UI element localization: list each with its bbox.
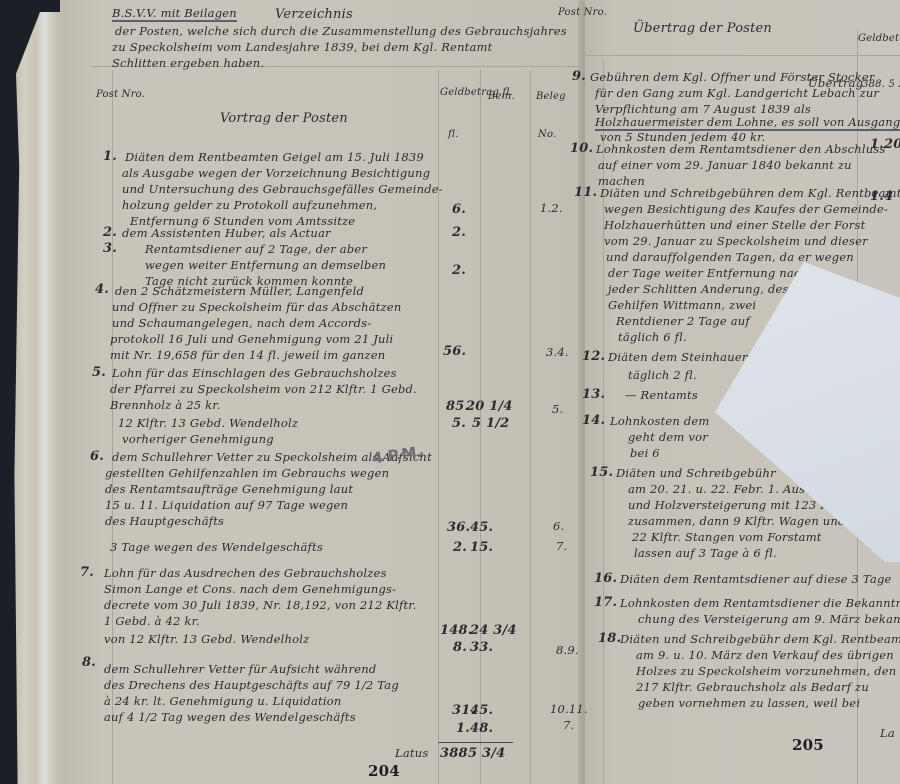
entry-line: und Untersuchung des Gebrauchsgefälles G… bbox=[122, 184, 443, 196]
entry-line: Diäten und Schreibgebühr dem Kgl. Rentbe… bbox=[620, 634, 900, 646]
unit-fl: fl. bbox=[448, 130, 459, 140]
entry-amount-fl: 148. bbox=[440, 624, 472, 637]
entry-line: 3 Tage wegen des Wendelgeschäfts bbox=[110, 542, 323, 554]
entry-no: 6. bbox=[90, 450, 104, 463]
entry-line: Gehilfen Wittmann, zwei bbox=[608, 300, 756, 312]
entry-no: 5. bbox=[92, 366, 106, 379]
entry-line: mit Nr. 19,658 für den 14 fl. jeweil im … bbox=[110, 350, 385, 362]
entry-line: wegen Besichtigung des Kaufes der Gemein… bbox=[604, 204, 888, 216]
entry-line: à 24 kr. lt. Genehmigung u. Liquidation bbox=[104, 696, 341, 708]
entry-line: 12 Klftr. 13 Gebd. Wendelholz bbox=[118, 418, 298, 430]
entry-amount-kr: 20 1/4 bbox=[466, 400, 513, 413]
entry-amount-kr: 48. bbox=[470, 722, 493, 735]
page-number-right: 205 bbox=[792, 738, 824, 753]
entry-no: 3. bbox=[103, 242, 117, 255]
entry-line: Diäten und Schreibgebühr bbox=[616, 468, 776, 480]
entry-amount-fl: 2. bbox=[452, 264, 466, 277]
entry-line: der Pfarrei zu Speckolsheim von 212 Klft… bbox=[110, 384, 417, 396]
entry-line: Lohnkosten dem Rentamtsdiener die Bekann… bbox=[620, 598, 900, 610]
entry-line: und Offner zu Speckolsheim für das Absch… bbox=[112, 302, 401, 314]
entry-no: 12. bbox=[582, 350, 605, 363]
entry-line: der Tage weiter Entfernung nach bbox=[608, 268, 808, 280]
entry-line: Lohn für das Ausdrechen des Gebrauchshol… bbox=[104, 568, 387, 580]
entry-line: des Hauptgeschäfts bbox=[105, 516, 224, 528]
entry-line: den 2 Schätzmeistern Müller, Langenfeld bbox=[115, 286, 364, 298]
page-number-left: 204 bbox=[368, 764, 400, 779]
entry-line: Brennholz à 25 kr. bbox=[110, 400, 221, 412]
column-header-post-no-top: Post Nro. bbox=[558, 8, 607, 18]
total-label: Latus bbox=[395, 748, 428, 760]
entry-line: geben vornehmen zu lassen, weil bei bbox=[638, 698, 860, 710]
column-header-amount-right: Geldbetrag bbox=[858, 34, 900, 44]
entry-beleg: 7. bbox=[556, 541, 567, 553]
entry-line: täglich 6 fl. bbox=[618, 332, 687, 344]
entry-line: Lohnkosten dem bbox=[610, 416, 710, 428]
entry-amount-fl: 5. bbox=[452, 417, 466, 430]
entry-no: 11. bbox=[574, 186, 597, 199]
entry-no: 10. bbox=[570, 142, 593, 155]
entry-no: 2. bbox=[103, 226, 117, 239]
entry-line: Holzhauerhütten und einer Stelle der For… bbox=[604, 220, 865, 232]
column-rule-postno bbox=[112, 70, 113, 784]
entry-no: 18. bbox=[598, 632, 621, 645]
entry-line: dem Schullehrer Vetter für Aufsicht währ… bbox=[104, 664, 376, 676]
entry-line: Rentdiener 2 Tage auf bbox=[616, 316, 750, 328]
entry-beleg: 1.2. bbox=[540, 203, 563, 215]
entry-amount-kr: 33. bbox=[470, 641, 493, 654]
entry-line: zusammen, dann 9 Klftr. Wagen und bbox=[628, 516, 846, 528]
column-header-post-no: Post Nro. bbox=[96, 90, 145, 100]
entry-no: 14. bbox=[582, 414, 605, 427]
entry-line: des Rentamtsaufträge Genehmigung laut bbox=[105, 484, 353, 496]
entry-line: Diäten dem Rentamtsdiener auf diese 3 Ta… bbox=[620, 574, 892, 586]
total-kr: 5 3/4 bbox=[468, 747, 505, 760]
total-rule bbox=[438, 742, 513, 743]
entry-line: Holzhauermeister dem Lohne, es soll von … bbox=[595, 117, 900, 131]
entry-line: des Drechens des Hauptgeschäfts auf 79 1… bbox=[104, 680, 399, 692]
preamble-line-1: der Posten, welche sich durch die Zusamm… bbox=[115, 26, 567, 38]
entry-no: 7. bbox=[80, 566, 94, 579]
entry-line: dem Assistenten Huber, als Actuar bbox=[122, 228, 331, 240]
entry-no: 8. bbox=[82, 656, 96, 669]
entry-line: 1 Gebd. à 42 kr. bbox=[104, 616, 200, 628]
entry-line: wegen weiter Entfernung an demselben bbox=[145, 260, 386, 272]
entry-amount-kr: 45. bbox=[470, 521, 493, 534]
entry-line: Verpflichtung am 7 August 1839 als bbox=[595, 104, 811, 116]
entry-line: holzung gelder zu Protokoll aufzunehmen, bbox=[122, 200, 377, 212]
entry-line: Diäten und Schreibgebühren dem Kgl. Rent… bbox=[600, 188, 900, 200]
entry-line: von 12 Klftr. 13 Gebd. Wendelholz bbox=[104, 634, 309, 646]
header-rule-right bbox=[585, 55, 900, 56]
entry-line: Rentamtsdiener auf 2 Tage, der aber bbox=[145, 244, 367, 256]
entry-line: vorheriger Genehmigung bbox=[122, 434, 274, 446]
entry-line: Diäten dem Rentbeamten Geigel am 15. Jul… bbox=[125, 152, 424, 164]
heading-title-right: Übertrag der Posten bbox=[633, 22, 772, 35]
entry-no: 4. bbox=[95, 283, 109, 296]
partial-text-bottom-right: La bbox=[880, 728, 895, 740]
entry-amount-kr: 45. bbox=[470, 704, 493, 717]
entry-amount-fl: 1. bbox=[456, 722, 470, 735]
entry-no: 15. bbox=[590, 466, 613, 479]
entry-line: für den Gang zum Kgl. Landgericht Lebach… bbox=[595, 88, 879, 100]
entry-amount-fl: 8. bbox=[453, 641, 467, 654]
column-header-remarks: Bem. bbox=[488, 92, 515, 102]
entry-line: 22 Klftr. Stangen vom Forstamt bbox=[632, 532, 822, 544]
entry-line: 217 Klftr. Gebrauchsholz als Bedarf zu bbox=[636, 682, 869, 694]
entry-line: — Rentamts bbox=[625, 390, 698, 402]
entry-no: 13. bbox=[582, 388, 605, 401]
column-header-beleg: Beleg bbox=[536, 92, 566, 102]
entry-line: Gebühren dem Kgl. Offner und Förster Sto… bbox=[590, 72, 875, 84]
entry-amount-kr: 5 1/2 bbox=[472, 417, 509, 430]
entry-line: am 20. 21. u. 22. Febr. 1. Aus bbox=[628, 484, 805, 496]
entry-beleg: 6. bbox=[553, 521, 564, 533]
entry-line: Diäten dem Steinhauer bbox=[608, 352, 748, 364]
column-rule-amount-left bbox=[438, 70, 439, 784]
entry-line: decrete vom 30 Juli 1839, Nr. 18,192, vo… bbox=[104, 600, 417, 612]
entry-line: Holzes zu Speckolsheim vorzunehmen, den bbox=[636, 666, 896, 678]
entry-line: lassen auf 3 Tage à 6 fl. bbox=[634, 548, 777, 560]
entry-amount-fl: 56. bbox=[443, 345, 466, 358]
entry-no: 16. bbox=[594, 572, 617, 585]
entry-amount-kr: 15. bbox=[470, 541, 493, 554]
column-header-description: Vortrag der Posten bbox=[220, 112, 348, 125]
entry-line: bei 6 bbox=[630, 448, 660, 460]
preamble-line-2: zu Speckolsheim vom Landesjahre 1839, be… bbox=[112, 42, 493, 54]
column-rule-beleg bbox=[530, 70, 531, 784]
entry-line: und Schaumangelegen, nach dem Accords- bbox=[112, 318, 371, 330]
entry-no: 1. bbox=[103, 150, 117, 163]
entry-line: 15 u. 11. Liquidation auf 97 Tage wegen bbox=[105, 500, 348, 512]
entry-line: protokoll 16 Juli und Genehmigung vom 21… bbox=[110, 334, 393, 346]
entry-line: chung des Versteigerung am 9. März bekan… bbox=[638, 614, 900, 626]
entry-amount-kr: 24 3/4 bbox=[470, 624, 517, 637]
entry-line: auf einer vom 29. Januar 1840 bekannt zu bbox=[598, 160, 852, 172]
preamble-line-3: Schlitten ergeben haben. bbox=[112, 58, 264, 70]
entry-beleg: 3.4. bbox=[546, 347, 569, 359]
entry-no: 9. bbox=[572, 70, 586, 83]
entry-line: Lohnkosten dem Rentamtsdiener den Abschl… bbox=[596, 144, 886, 156]
entry-beleg: 10.11. bbox=[550, 704, 588, 716]
entry-amount-fl: 6. bbox=[452, 203, 466, 216]
entry-beleg: 7. bbox=[563, 720, 574, 732]
heading-top-left: B.S.V.V. mit Beilagen bbox=[112, 8, 237, 22]
entry-line: auf 4 1/2 Tag wegen des Wendelgeschäfts bbox=[104, 712, 356, 724]
entry-line: am 9. u. 10. März den Verkauf des übrige… bbox=[636, 650, 894, 662]
entry-amount-fl: 2. bbox=[452, 226, 466, 239]
entry-line: als Ausgabe wegen der Vorzeichnung Besic… bbox=[122, 168, 430, 180]
heading-title-left: Verzeichnis bbox=[275, 8, 353, 21]
unit-no: No. bbox=[538, 130, 556, 140]
entry-line: geht dem vor bbox=[628, 432, 708, 444]
entry-line: und darauffolgenden Tagen, da er wegen bbox=[606, 252, 854, 264]
total-fl: 388 bbox=[440, 747, 468, 760]
entry-line: Simon Lange et Cons. nach dem Genehmigun… bbox=[104, 584, 396, 596]
entry-beleg: 5. bbox=[552, 404, 563, 416]
entry-line: vom 29. Januar zu Speckolsheim und diese… bbox=[604, 236, 868, 248]
entry-line: täglich 2 fl. bbox=[628, 370, 697, 382]
entry-amount-fl: 2. bbox=[453, 541, 467, 554]
entry-no: 17. bbox=[594, 596, 617, 609]
entry-line: Lohn für das Einschlagen des Gebrauchsho… bbox=[112, 368, 397, 380]
entry-amount-fl: 36. bbox=[447, 521, 470, 534]
entry-beleg: 8.9. bbox=[556, 645, 579, 657]
entry-line: gestellten Gehilfenzahlen im Gebrauchs w… bbox=[105, 468, 389, 480]
